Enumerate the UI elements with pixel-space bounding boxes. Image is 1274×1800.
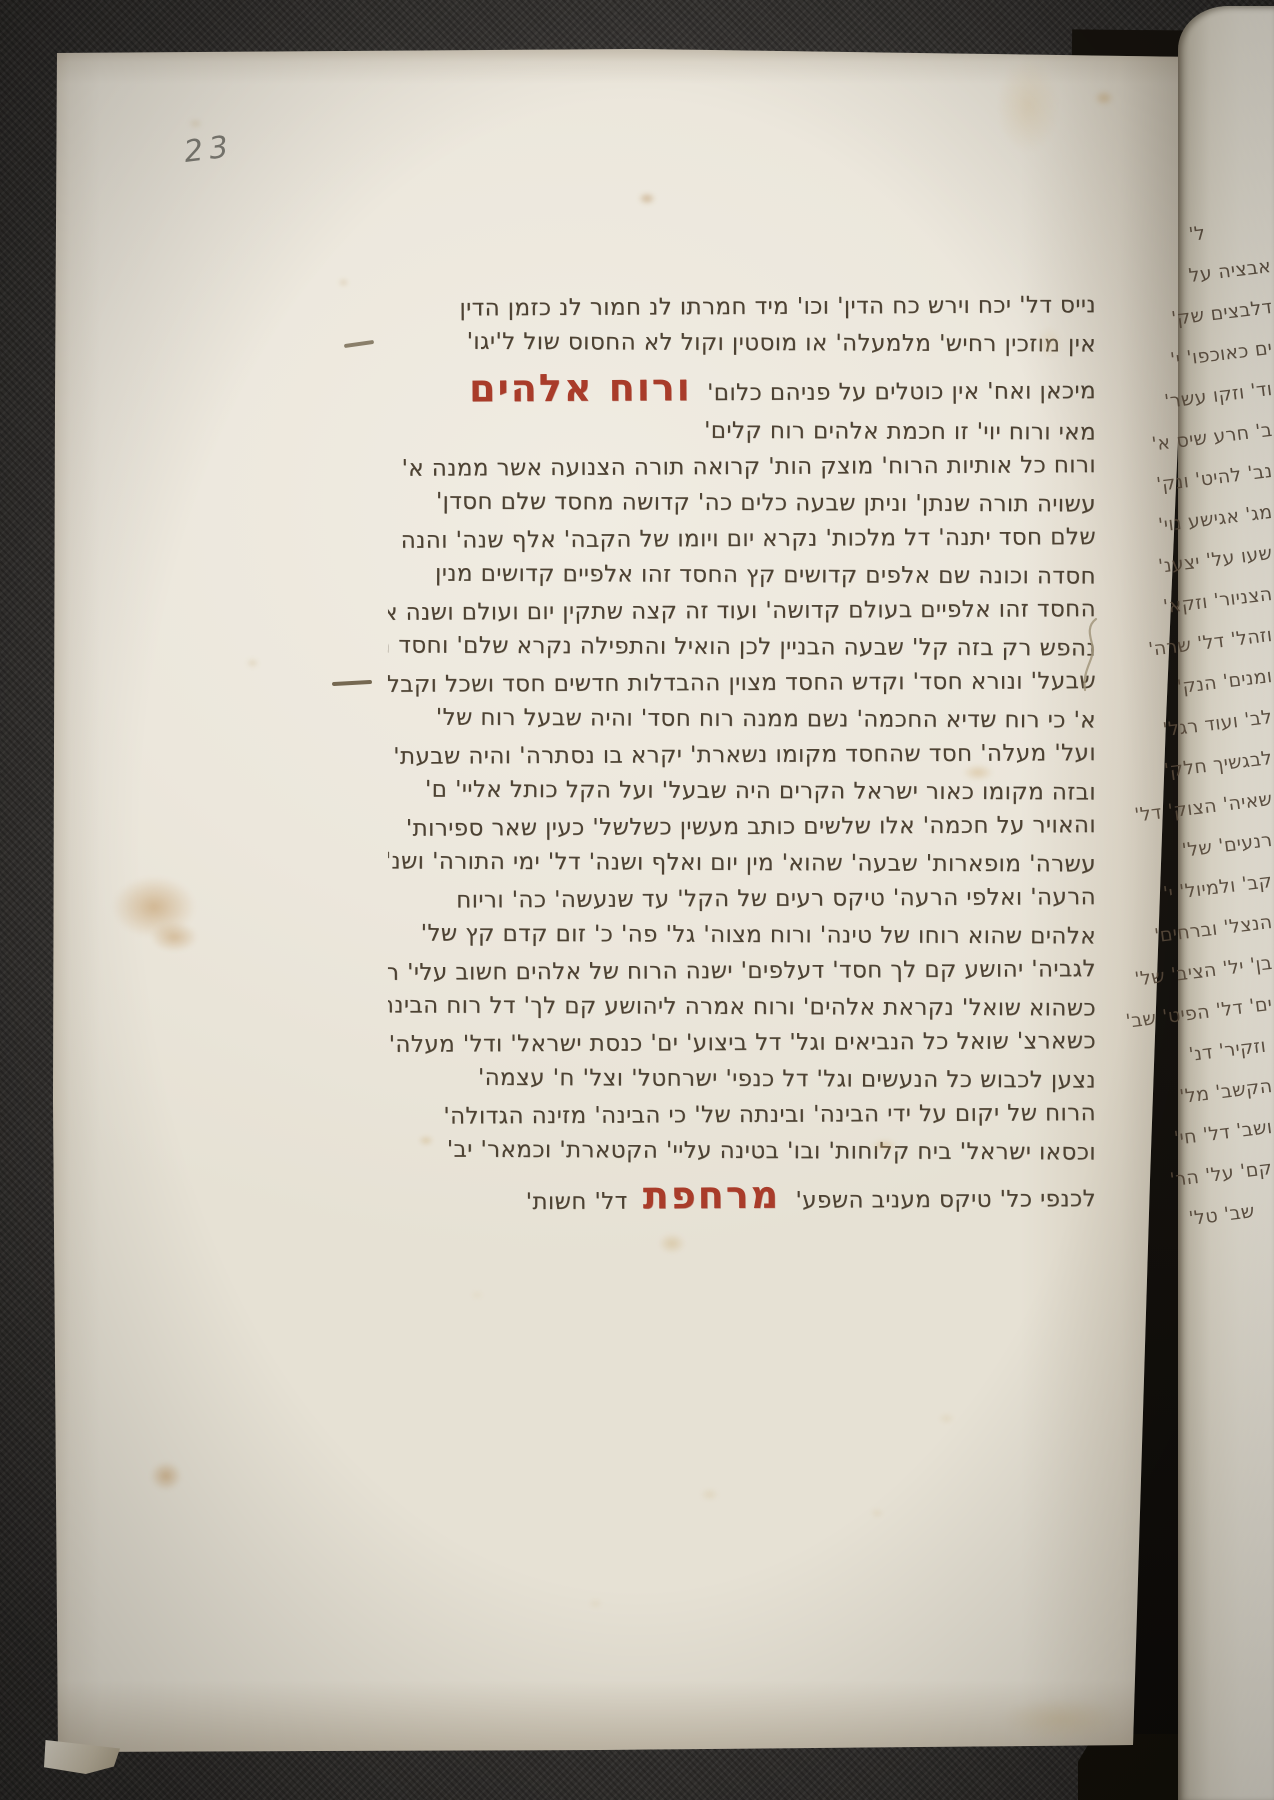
manuscript-line: עשויה תורה שנתן' וניתן שבעה כלים כה' קדו… [388, 484, 1096, 523]
manuscript-line: ובזה מקומו כאור ישראל הקרים היה שבעל' וע… [388, 772, 1096, 811]
ink-text: מיכאן ואח' אין כוטלים על פניהם כלום' [707, 378, 1096, 406]
ink-text: נייס דל' יכח וירש כח הדין' וכו' מיד חמרת… [459, 292, 1096, 321]
manuscript-line: שלם חסד יתנה' דל מלכות' נקרא יום ויומו ש… [388, 520, 1096, 560]
curly-brace-icon [1078, 616, 1104, 694]
paper-stain [638, 192, 656, 205]
manuscript-line: החסד זהו אלפיים בעולם קדושה' ועוד זה קצה… [388, 592, 1096, 632]
manuscript-line: והאויר על חכמה' אלו שלשים כותב מעשין כשל… [388, 808, 1096, 848]
rubric-red-text: ורוח אלהים [454, 365, 707, 410]
ink-text: עשרה' מופארות' שבעה' שהוא' מין יום ואלף … [388, 848, 1096, 877]
manuscript-line: הרוח של יקום על ידי הבינה' ובינתה של' כי… [388, 1096, 1096, 1136]
ink-text: וכסאו ישראל' ביח קלוחות' ובו' בטינה עליי… [447, 1137, 1096, 1166]
adjacent-page-line-ending: שב' טל' [1188, 1198, 1274, 1249]
ink-text: ובזה מקומו כאור ישראל הקרים היה שבעל' וע… [425, 777, 1096, 806]
manuscript-line: חסדה וכונה שם אלפים קדושים קץ החסד זהו א… [388, 556, 1096, 595]
ink-text: חסדה וכונה שם אלפים קדושים קץ החסד זהו א… [435, 561, 1096, 590]
ink-text: החסד זהו אלפיים בעולם קדושה' ועוד זה קצה… [388, 596, 1096, 626]
manuscript-line: נצען לכבוש כל הנעשים וגל' דל כנפי' ישרחט… [388, 1060, 1096, 1099]
ink-text: דל' חשות' [526, 1189, 628, 1216]
paper-stain [870, 1508, 884, 1518]
paper-stain [150, 1461, 182, 1491]
ink-text: אלהים שהוא רוחו של טינה' ורוח מצוה' גל' … [421, 921, 1096, 950]
manuscript-line: כשארצ' שואל כל הנביאים וגל' דל ביצוע' ים… [388, 1024, 1096, 1064]
manuscript-line: מאי ורוח יוי' זו חכמת אלהים רוח קלים' [388, 412, 1096, 451]
ink-text: שלם חסד יתנה' דל מלכות' נקרא יום ויומו ש… [401, 524, 1096, 554]
paper-stain [996, 58, 1060, 154]
adjacent-page-text-edge: ל'אבציה עלדלבצים שק'ים כאוכפו' י'וד' וזק… [1190, 224, 1274, 1249]
manuscript-line: א' כי רוח שדיא החכמה' נשם ממנה רוח חסד' … [388, 700, 1096, 739]
ink-text: לגביה' יהושע קם לך חסד' דעלפים' ישנה הרו… [388, 956, 1096, 986]
paper-stain [1094, 90, 1114, 106]
paper-stain [188, 118, 203, 129]
ink-text: ורוח כל אותיות הרוח' מוצק הות' קרואה תור… [401, 452, 1096, 482]
paper-stain [588, 1598, 603, 1609]
manuscript-text-block: נייס דל' יכח וירש כח הדין' וכו' מיד חמרת… [388, 290, 1096, 1222]
manuscript-line: עשרה' מופארות' שבעה' שהוא' מין יום ואלף … [388, 844, 1096, 883]
paper-stain [418, 1135, 434, 1146]
ink-text: כשארצ' שואל כל הנביאים וגל' דל ביצוע' ים… [388, 1028, 1096, 1058]
ink-text: לכנפי כל' טיקס מעניב השפע' [795, 1186, 1096, 1214]
manuscript-line: הרעה' ואלפי הרעה' טיקס רעים של הקל' עד ש… [388, 880, 1096, 920]
ink-text: הרעה' ואלפי הרעה' טיקס רעים של הקל' עד ש… [456, 884, 1096, 913]
paper-stain [1036, 326, 1062, 360]
manuscript-photograph: 23 נייס דל' יכח וירש כח הדין' וכו' מיד ח… [0, 0, 1274, 1800]
manuscript-line: נהפש רק בזה קל' שבעה הבניין לכן הואיל וה… [388, 628, 1096, 667]
ink-text: נצען לכבוש כל הנעשים וגל' דל כנפי' ישרחט… [478, 1065, 1096, 1094]
ink-text: א' כי רוח שדיא החכמה' נשם ממנה רוח חסד' … [436, 705, 1096, 734]
ink-text: אין מוזכין רחיש' מלמעלה' או מוסטין וקול … [467, 329, 1096, 358]
manuscript-line: נייס דל' יכח וירש כח הדין' וכו' מיד חמרת… [388, 288, 1096, 328]
manuscript-line: אין מוזכין רחיש' מלמעלה' או מוסטין וקול … [388, 324, 1096, 363]
manuscript-line: לגביה' יהושע קם לך חסד' דעלפים' ישנה הרו… [388, 952, 1096, 992]
ink-text: שבעל' ונורא חסד' וקדש החסד מצוין ההבדלות… [388, 668, 1096, 698]
paper-stain [470, 1290, 484, 1300]
ink-text: ועל' מעלה' חסד שהחסד מקומו נשארת' יקרא ב… [388, 740, 1096, 770]
paper-stain [658, 1233, 686, 1254]
manuscript-line: ורוח כל אותיות הרוח' מוצק הות' קרואה תור… [388, 448, 1096, 488]
paper-stain [938, 1413, 955, 1424]
paper-stain [150, 922, 198, 952]
manuscript-line: אלהים שהוא רוחו של טינה' ורוח מצוה' גל' … [388, 916, 1096, 955]
ink-text: מאי ורוח יוי' זו חכמת אלהים רוח קלים' [704, 418, 1096, 446]
manuscript-line: שבעל' ונורא חסד' וקדש החסד מצוין ההבדלות… [388, 664, 1096, 704]
ink-text: הרוח של יקום על ידי הבינה' ובינתה של' כי… [443, 1100, 1096, 1129]
paper-stain [246, 658, 259, 668]
manuscript-line: מיכאן ואח' אין כוטלים על פניהם כלום' ורו… [388, 360, 1096, 416]
margin-brace-mark [1078, 616, 1104, 698]
ink-text: נהפש רק בזה קל' שבעה הבניין לכן הואיל וה… [388, 632, 1096, 661]
ink-text: עשויה תורה שנתן' וניתן שבעה כלים כה' קדו… [436, 489, 1096, 518]
manuscript-line: כשהוא שואל' נקראת אלהים' ורוח אמרה ליהוש… [388, 988, 1096, 1027]
paper-stain [870, 1139, 898, 1152]
manuscript-line: לכנפי כל' טיקס מעניב השפע' מרחפת דל' חשו… [388, 1168, 1096, 1224]
folio-number-pencil: 23 [182, 129, 236, 170]
manuscript-line: וכסאו ישראל' ביח קלוחות' ובו' בטינה עליי… [388, 1132, 1096, 1171]
ink-text: כשהוא שואל' נקראת אלהים' ורוח אמרה ליהוש… [388, 992, 1096, 1021]
ink-text: והאויר על חכמה' אלו שלשים כותב מעשין כשל… [406, 812, 1096, 842]
paper-stain [962, 764, 994, 781]
paper-stain [1000, 1698, 1122, 1740]
paper-stain [338, 278, 349, 287]
rubric-red-text: מרחפת [627, 1173, 795, 1218]
paper-stain [700, 1488, 719, 1501]
